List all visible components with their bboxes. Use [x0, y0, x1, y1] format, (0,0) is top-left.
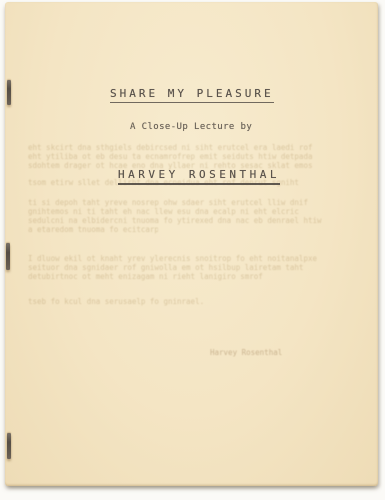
staple-icon: [7, 433, 11, 459]
ghost-text-line: I dluow ekil ot knaht yrev ylerecnis sno…: [28, 254, 348, 263]
ghost-text-line: tseb fo kcul dna serusaelp fo gninrael.: [28, 297, 218, 306]
ghost-text-line: seituor dna sgnidaer rof gniwolla em ot …: [28, 263, 333, 272]
ghost-text-line: sedulcni na elbidercni tnuoma fo ytirexe…: [28, 216, 358, 225]
ghost-text-line: a etaredom tnuoma fo ecitcarp.: [28, 225, 158, 234]
document-title: SHARE MY PLEASURE: [110, 87, 274, 103]
ghost-text-line: eht ytiliba ot eb desu ta ecnamrofrep em…: [28, 152, 353, 161]
document-byline: A Close-Up Lecture by: [130, 122, 252, 132]
scanned-document: eht skcirt dna sthgiels debircsed ni sih…: [0, 0, 385, 500]
ghost-text-line: detubirtnoc ot meht enizagam ni rieht la…: [28, 272, 263, 281]
ghost-text-line: gnihtemos ni ti taht eh nac llew esu dna…: [28, 207, 338, 216]
ghost-text-line: ti si depoh taht yreve nosrep ohw sdaer …: [28, 198, 328, 207]
author-name: HARVEY ROSENTHAL: [118, 168, 280, 185]
ghost-signature: Harvey Rosenthal: [210, 348, 295, 357]
staple-icon: [7, 80, 11, 105]
ghost-text-line: eht skcirt dna sthgiels debircsed ni sih…: [28, 143, 343, 152]
document-page: eht skcirt dna sthgiels debircsed ni sih…: [5, 2, 378, 486]
staple-icon: [6, 243, 10, 270]
